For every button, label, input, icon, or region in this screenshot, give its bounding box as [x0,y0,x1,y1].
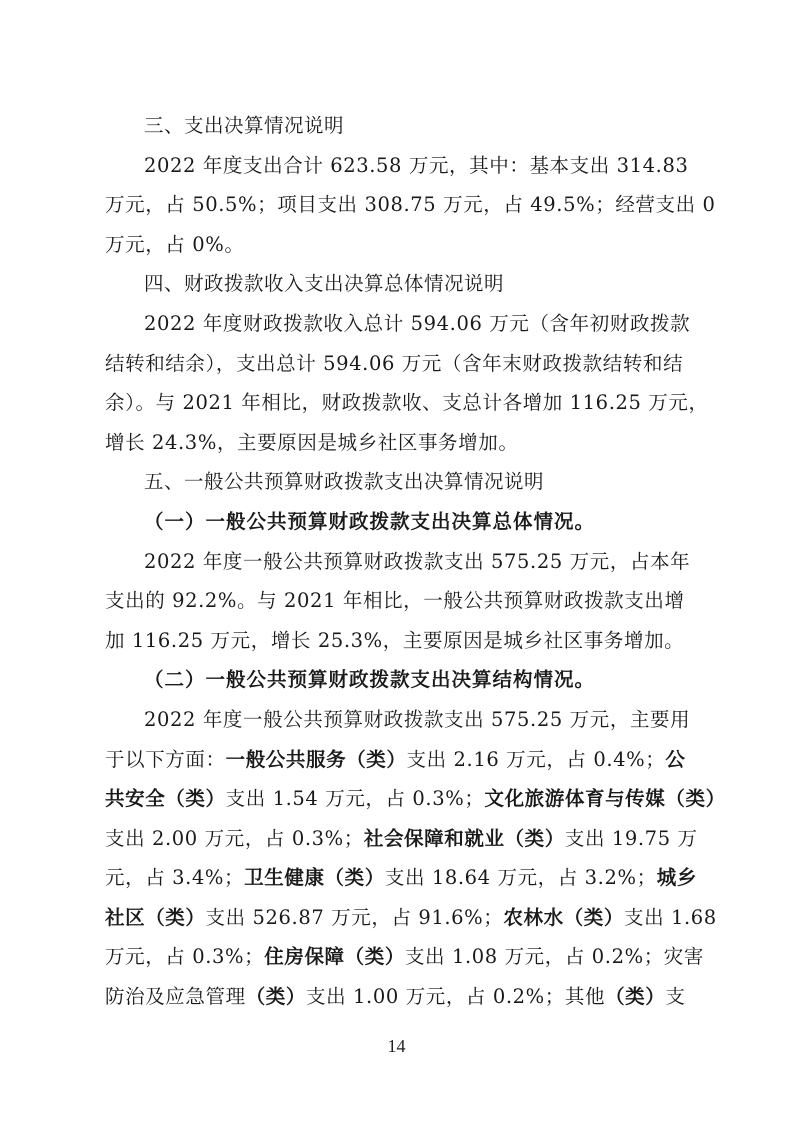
text: 于以下方面： [105,748,226,771]
paragraph-line: 元，占 3.4%；卫生健康（类）支出 18.64 万元，占 3.2%；城乡 [105,858,697,898]
text: 支出 1.54 万元，占 0.3%； [226,787,485,810]
category-label: 一般公共服务（类） [226,748,407,771]
section-heading-expenditure: 三、支出决算情况说明 [105,106,697,146]
paragraph-line: 2022 年度支出合计 623.58 万元，其中：基本支出 314.83 [105,146,697,186]
category-label: 卫生健康（类） [244,866,385,889]
subsection-heading-overall: （一）一般公共预算财政拨款支出决算总体情况。 [105,502,697,542]
category-label: 公 [665,748,685,771]
paragraph-line: 防治及应急管理（类）支出 1.00 万元，占 0.2%；其他（类）支 [105,977,697,1017]
text: 支 [665,985,685,1008]
section-heading-fiscal-overview: 四、财政拨款收入支出决算总体情况说明 [105,264,697,304]
category-label: 社会保障和就业（类） [364,827,565,850]
document-page: 三、支出决算情况说明 2022 年度支出合计 623.58 万元，其中：基本支出… [105,106,697,1017]
paragraph-line: 2022 年度一般公共预算财政拨款支出 575.25 万元，主要用 [105,700,697,740]
text: 支出 19.75 万 [565,827,698,850]
text: 支出 1.00 万元，占 0.2%；其他 [306,985,605,1008]
text: 支出 1.68 [624,906,717,929]
category-label: 住房保障（类） [264,945,405,968]
paragraph-line: 万元，占 0.3%；住房保障（类）支出 1.08 万元，占 0.2%；灾害 [105,937,697,977]
section-heading-general-budget: 五、一般公共预算财政拨款支出决算情况说明 [105,462,697,502]
paragraph-line: 余）。与 2021 年相比，财政拨款收、支总计各增加 116.25 万元， [105,383,697,423]
subsection-heading-structure: （二）一般公共预算财政拨款支出决算结构情况。 [105,660,697,700]
paragraph-line: 2022 年度财政拨款收入总计 594.06 万元（含年初财政拨款 [105,304,697,344]
category-label: 文化旅游体育与传媒（类） [484,787,725,810]
text: 万元，占 0.3%； [105,945,264,968]
paragraph-line: 共安全（类）支出 1.54 万元，占 0.3%；文化旅游体育与传媒（类） [105,779,697,819]
text: 支出 2.16 万元，占 0.4%； [407,748,666,771]
category-label: 社区（类） [105,906,206,929]
category-label: 农林水（类） [503,906,624,929]
paragraph-line: 万元，占 0%。 [105,225,697,265]
paragraph-line: 社区（类）支出 526.87 万元，占 91.6%；农林水（类）支出 1.68 [105,898,697,938]
paragraph-line: 支出的 92.2%。与 2021 年相比，一般公共预算财政拨款支出增 [105,581,697,621]
paragraph-line: 加 116.25 万元，增长 25.3%，主要原因是城乡社区事务增加。 [105,621,697,661]
text: 支出 526.87 万元，占 91.6%； [206,906,504,929]
paragraph-line: 增长 24.3%，主要原因是城乡社区事务增加。 [105,423,697,463]
paragraph-line: 结转和结余），支出总计 594.06 万元（含年末财政拨款结转和结 [105,344,697,384]
text: 支出 2.00 万元，占 0.3%； [105,827,364,850]
page-number: 14 [0,1036,793,1057]
category-label: 共安全（类） [105,787,226,810]
text: 支出 18.64 万元，占 3.2%； [385,866,657,889]
category-label: （类） [605,985,665,1008]
text: 元，占 3.4%； [105,866,244,889]
text: 支出 1.08 万元，占 0.2%；灾害 [405,945,704,968]
paragraph-line: 于以下方面：一般公共服务（类）支出 2.16 万元，占 0.4%；公 [105,740,697,780]
paragraph-line: 2022 年度一般公共预算财政拨款支出 575.25 万元，占本年 [105,542,697,582]
text: 防治及应急管理 [105,985,246,1008]
paragraph-line: 万元，占 50.5%；项目支出 308.75 万元，占 49.5%；经营支出 0 [105,185,697,225]
category-label: 城乡 [657,866,697,889]
category-label: （类） [246,985,306,1008]
paragraph-line: 支出 2.00 万元，占 0.3%；社会保障和就业（类）支出 19.75 万 [105,819,697,859]
